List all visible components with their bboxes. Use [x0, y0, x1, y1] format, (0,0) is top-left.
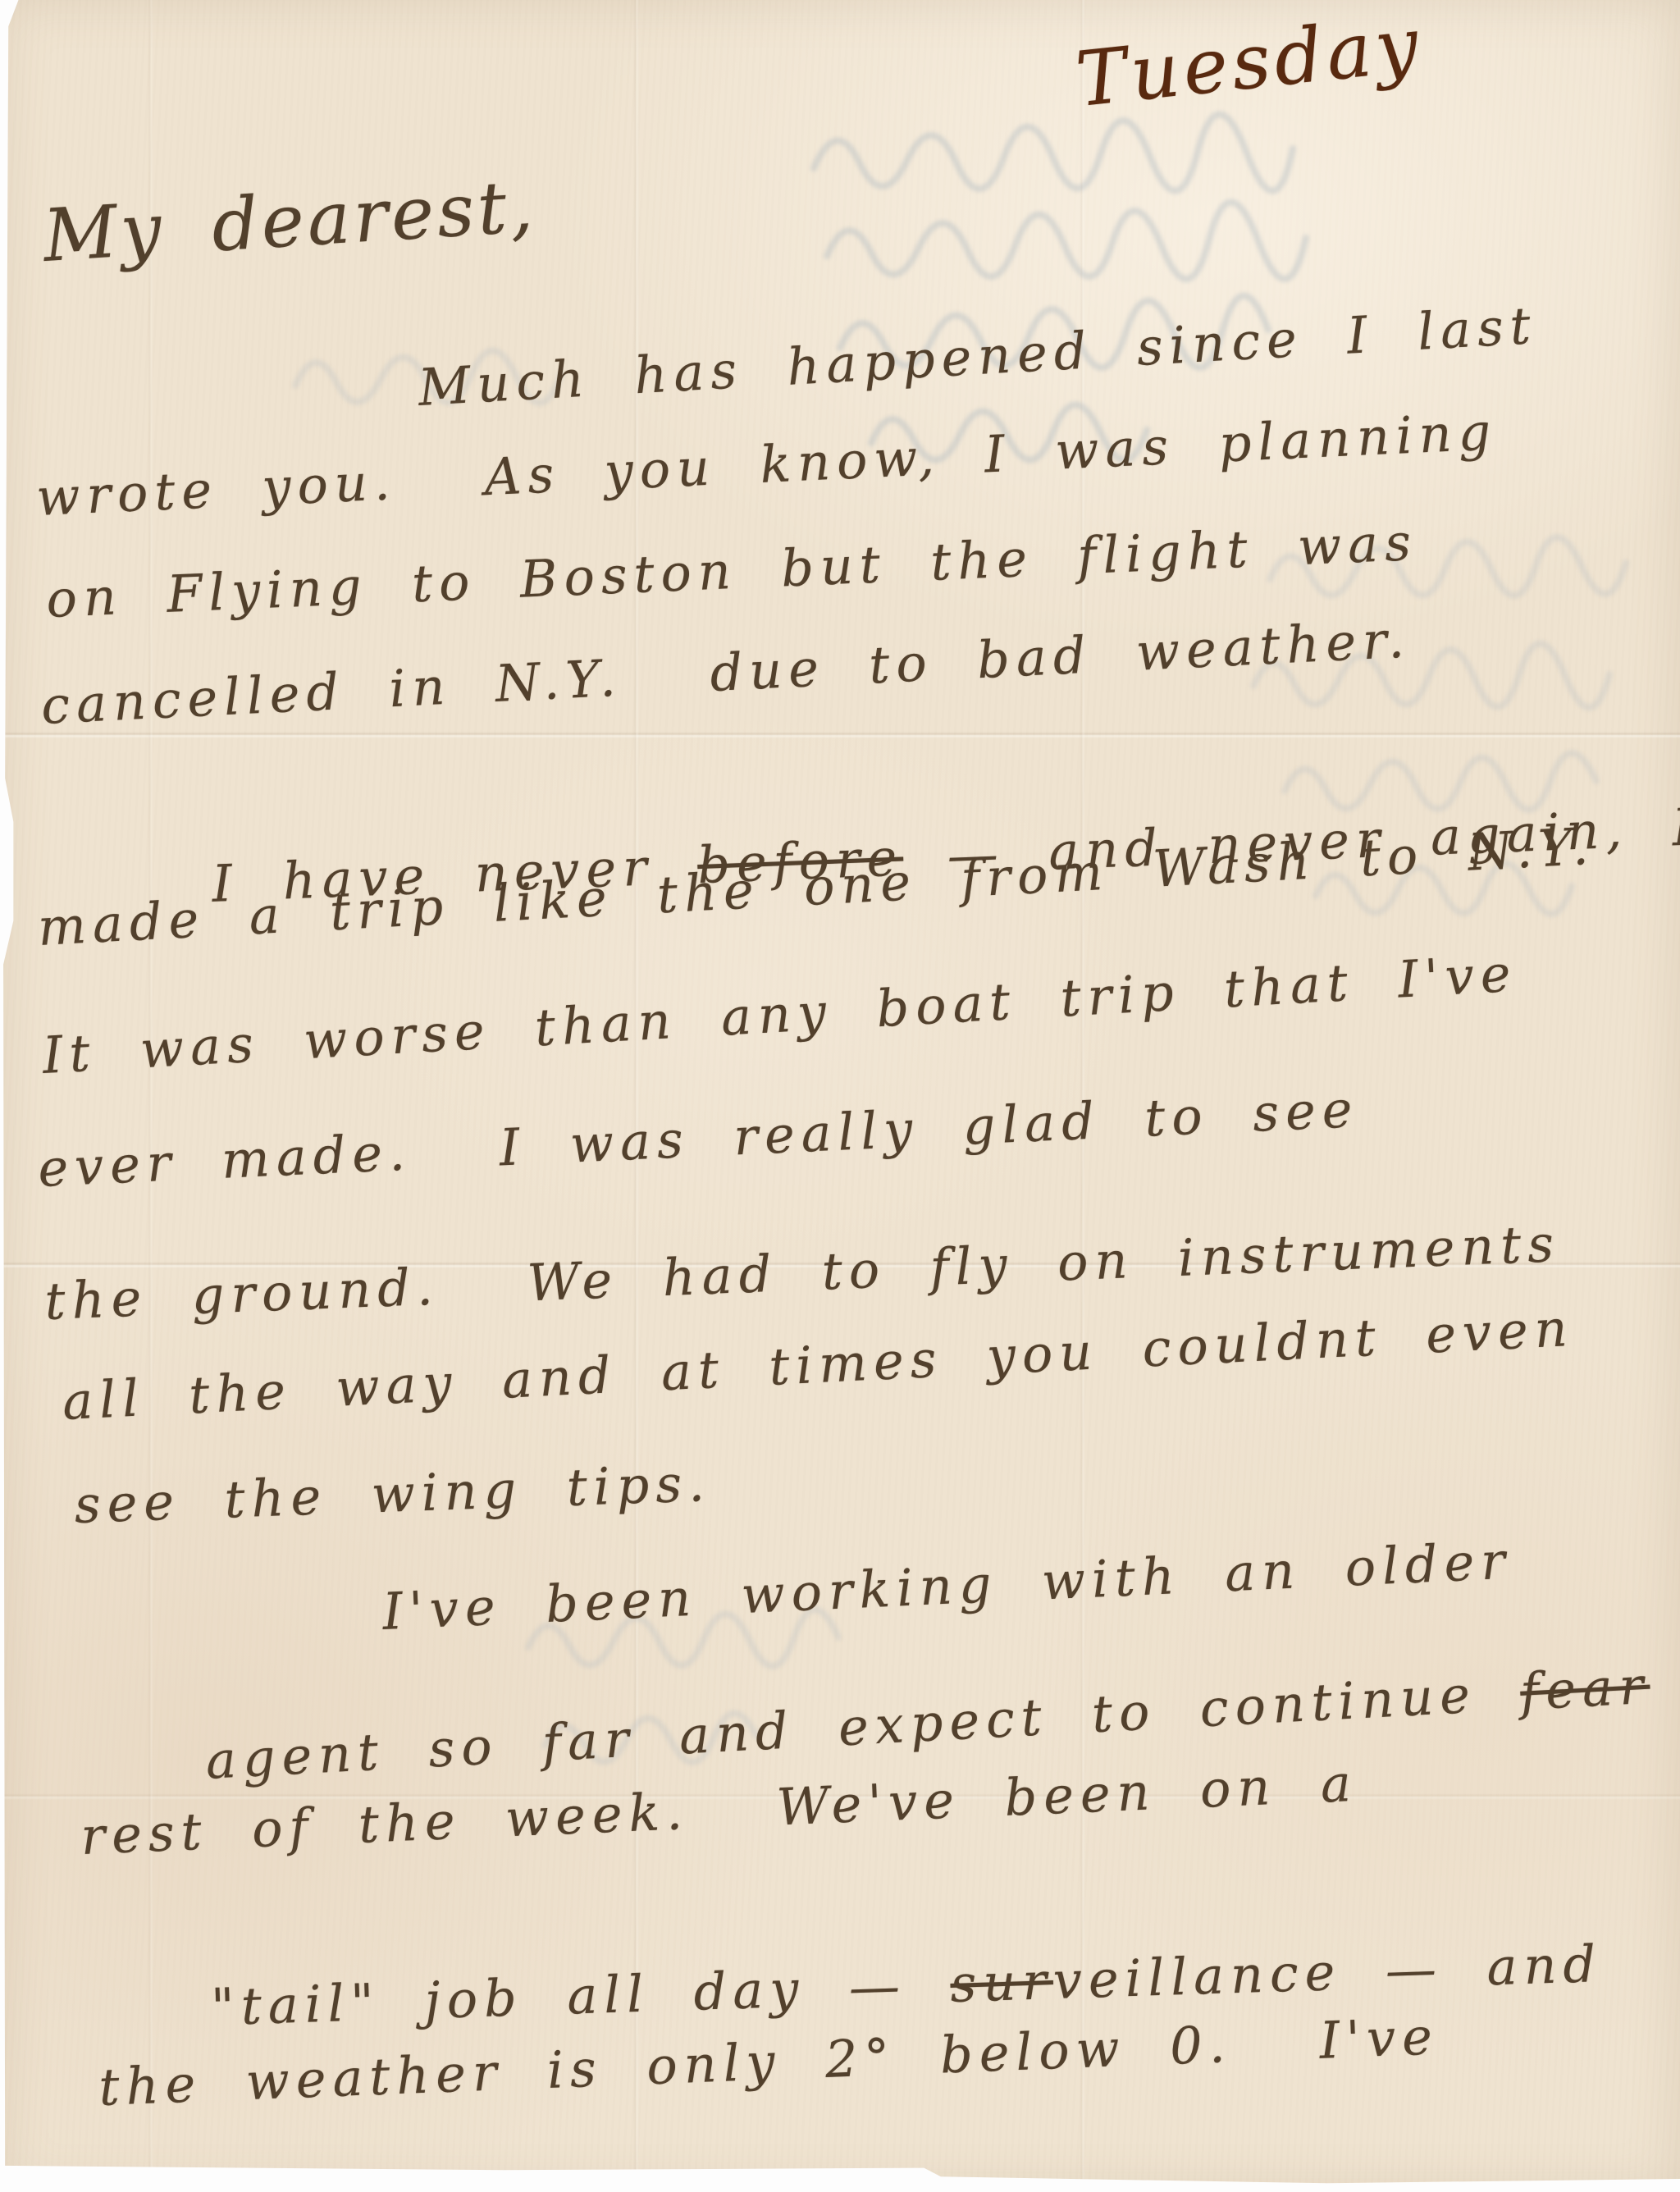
line-segment: the	[1648, 1647, 1680, 1715]
line-segment: veillance — and	[1052, 1934, 1603, 2011]
crossed-out-word: fear	[1518, 1655, 1651, 1722]
date-line: Tuesday	[1072, 0, 1427, 124]
vertical-fold-crease	[633, 0, 639, 2192]
letter-line: cancelled in N.Y. due to bad weather.	[39, 609, 1412, 736]
horizontal-fold-crease	[0, 732, 1680, 738]
letter-line: wrote you. As you know, I was planning	[35, 401, 1499, 527]
salutation: My dearest,	[41, 163, 538, 278]
letter-line: Much has happened since I last	[417, 295, 1539, 418]
letter-line: ever made. I was really glad to see	[37, 1079, 1360, 1199]
letter-paper: Tuesday My dearest, Much has happened si…	[0, 0, 1680, 2192]
line-segment: "tail" job all day —	[210, 1954, 952, 2037]
letter-line: on Flying to Boston but the flight was	[45, 512, 1418, 629]
letter-line: see the wing tips.	[73, 1453, 711, 1535]
overwritten-word: sur	[949, 1951, 1054, 2014]
